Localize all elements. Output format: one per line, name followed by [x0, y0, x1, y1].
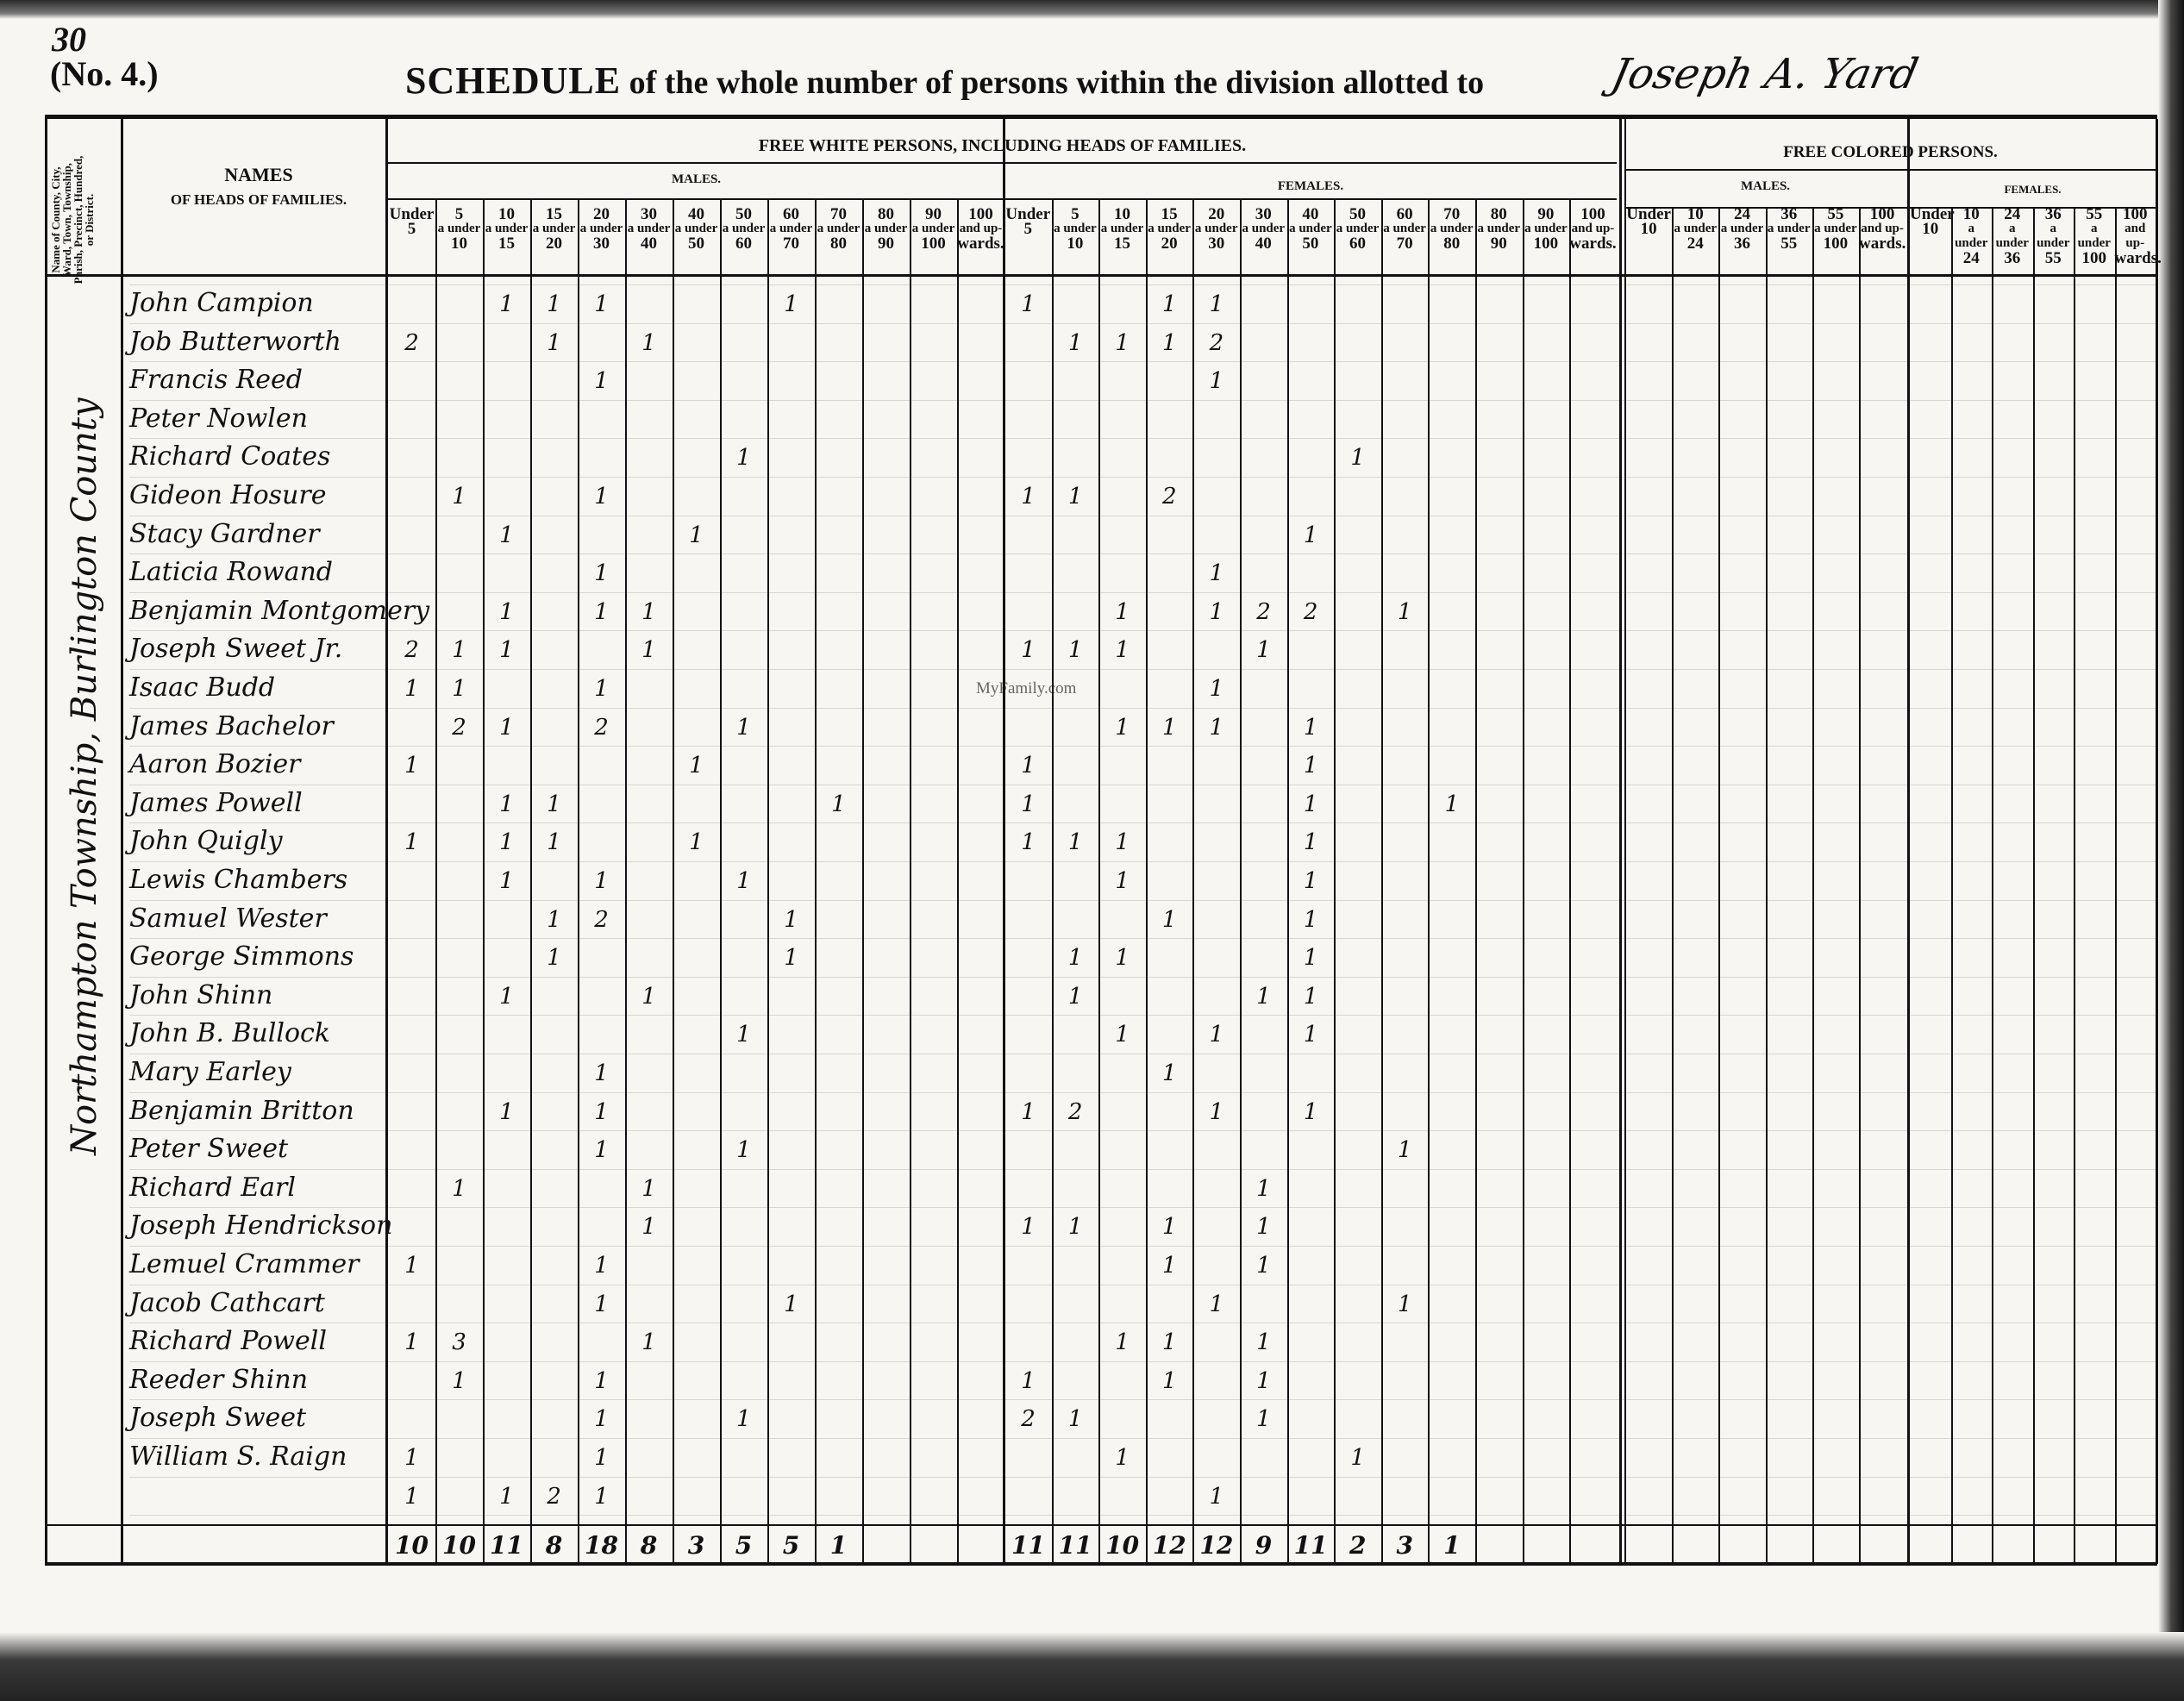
female-total: 11	[1052, 1531, 1099, 1560]
age-column-header-wm-4: 20a under30	[578, 207, 625, 251]
female-tally: 1	[1192, 1099, 1240, 1125]
age-column-header-cm-4: 55a under100	[1812, 207, 1859, 251]
age-column-header-wf-0: Under5	[1004, 207, 1052, 236]
grid-line-h	[129, 977, 2156, 978]
male-tally: 1	[720, 1137, 767, 1163]
male-total: 5	[767, 1531, 815, 1560]
female-tally: 1	[1287, 868, 1335, 894]
female-total: 11	[1287, 1531, 1335, 1560]
male-total: 8	[625, 1531, 673, 1560]
column-divider	[1428, 200, 1430, 1564]
female-tally: 1	[1146, 330, 1193, 356]
age-column-header-wm-0: Under5	[388, 207, 435, 236]
head-of-family-name: Reeder Shinn	[129, 1365, 308, 1395]
male-tally: 1	[388, 1484, 435, 1510]
column-divider	[530, 200, 532, 1564]
female-tally: 1	[1334, 1445, 1381, 1471]
male-tally: 1	[767, 1291, 815, 1317]
grid-line-h	[129, 938, 2156, 939]
grid-line-h	[129, 323, 2156, 324]
grid-line-h	[129, 1361, 2156, 1362]
male-tally: 1	[578, 1253, 625, 1279]
column-divider	[1951, 209, 1953, 1564]
female-total: 12	[1146, 1531, 1193, 1560]
male-tally: 1	[388, 1329, 435, 1355]
male-tally: 1	[625, 637, 673, 663]
male-tally: 1	[578, 868, 625, 894]
grid-line-h	[129, 361, 2156, 362]
male-tally: 1	[435, 484, 483, 510]
free-colored-header: FREE COLORED PERSONS.	[1625, 143, 2156, 162]
head-of-family-name: Lemuel Crammer	[129, 1249, 360, 1279]
female-total: 3	[1381, 1531, 1429, 1560]
female-tally: 1	[1052, 330, 1099, 356]
male-total: 18	[578, 1531, 625, 1560]
female-tally: 1	[1287, 522, 1335, 548]
column-divider	[862, 200, 864, 1564]
column-divider	[1619, 119, 1622, 1564]
age-column-header-wm-1: 5a under10	[435, 207, 483, 251]
column-divider	[1240, 200, 1242, 1564]
grid-line-h	[129, 1169, 2156, 1170]
female-tally: 1	[1287, 715, 1335, 741]
scan-edge-top	[0, 0, 2184, 19]
female-tally: 2	[1240, 599, 1287, 625]
grid-line-h	[129, 592, 2156, 593]
male-tally: 2	[435, 715, 483, 741]
schedule-title: SCHEDULE of the whole number of persons …	[405, 59, 1484, 103]
female-total: 1	[1428, 1531, 1475, 1560]
age-column-header-cf-2: 24a under36	[1992, 207, 2033, 266]
column-divider	[45, 119, 47, 1564]
male-tally: 1	[388, 1253, 435, 1279]
male-tally: 1	[767, 907, 815, 933]
head-of-family-name: Richard Powell	[129, 1326, 327, 1356]
male-tally: 1	[578, 1291, 625, 1317]
male-tally: 1	[578, 1137, 625, 1163]
male-total: 10	[388, 1531, 435, 1560]
grid-line-h	[129, 1130, 2156, 1131]
male-tally: 2	[388, 637, 435, 663]
male-tally: 1	[673, 522, 720, 548]
female-total: 12	[1192, 1531, 1240, 1560]
male-tally: 1	[435, 1176, 483, 1202]
head-of-family-name: Laticia Rowand	[129, 557, 333, 587]
male-tally: 1	[578, 368, 625, 394]
female-tally: 2	[1004, 1406, 1052, 1432]
grid-line-h	[129, 746, 2156, 747]
names-header: NAMES	[129, 164, 388, 186]
female-tally: 1	[1004, 791, 1052, 817]
head-of-family-name: Joseph Sweet Jr.	[129, 634, 342, 664]
female-tally: 1	[1004, 829, 1052, 855]
female-tally: 1	[1287, 753, 1335, 779]
column-divider	[673, 200, 674, 1564]
male-tally: 1	[388, 753, 435, 779]
head-of-family-name: Gideon Hosure	[129, 480, 326, 510]
female-tally: 1	[1004, 1368, 1052, 1394]
female-tally: 1	[1004, 1214, 1052, 1240]
female-tally: 1	[1240, 1253, 1287, 1279]
head-of-family-name: Peter Nowlen	[129, 403, 308, 434]
age-column-header-wm-11: 90a under100	[910, 207, 957, 251]
age-column-header-cm-0: Under10	[1625, 207, 1672, 236]
female-tally: 1	[1381, 1291, 1429, 1317]
male-tally: 1	[483, 522, 530, 548]
head-of-family-name: Benjamin Britton	[129, 1096, 354, 1126]
male-total: 11	[483, 1531, 530, 1560]
female-tally: 1	[1192, 599, 1240, 625]
female-tally: 1	[1240, 1406, 1287, 1432]
colored-subrule	[1625, 169, 2156, 171]
female-tally: 1	[1004, 1099, 1052, 1125]
female-tally: 1	[1052, 1406, 1099, 1432]
scan-edge-right	[2158, 0, 2184, 1701]
female-tally: 1	[1098, 1022, 1146, 1047]
column-divider	[1523, 200, 1524, 1564]
column-divider	[1672, 209, 1674, 1564]
female-total: 10	[1098, 1531, 1146, 1560]
male-tally: 1	[578, 1406, 625, 1432]
grid-line-h	[129, 1054, 2156, 1054]
male-tally: 2	[578, 715, 625, 741]
grid-line-h	[129, 438, 2156, 439]
female-tally: 1	[1098, 599, 1146, 625]
county-entry: Northampton Township, Burlington County	[65, 397, 104, 1155]
female-tally: 1	[1381, 599, 1429, 625]
female-tally: 1	[1004, 291, 1052, 317]
age-column-header-wf-7: 50a under60	[1334, 207, 1381, 251]
male-tally: 1	[673, 753, 720, 779]
female-tally: 1	[1240, 984, 1287, 1010]
header-bottom-rule	[45, 274, 2157, 277]
male-tally: 2	[578, 907, 625, 933]
male-tally: 1	[625, 1329, 673, 1355]
female-tally: 1	[1192, 1484, 1240, 1510]
female-tally: 2	[1287, 599, 1335, 625]
female-total: 9	[1240, 1531, 1287, 1560]
age-column-header-cm-1: 10a under24	[1672, 207, 1718, 251]
male-tally: 1	[767, 945, 815, 971]
age-column-header-wm-12: 100and up-wards.	[957, 207, 1004, 251]
male-tally: 1	[483, 1484, 530, 1510]
female-tally: 1	[1004, 753, 1052, 779]
head-of-family-name: Job Butterworth	[129, 327, 341, 357]
male-tally: 1	[578, 1368, 625, 1394]
age-column-header-wf-6: 40a under50	[1287, 207, 1335, 251]
head-of-family-name: Stacy Gardner	[129, 519, 320, 549]
male-tally: 1	[720, 1022, 767, 1047]
age-column-header-cf-3: 36a under55	[2033, 207, 2074, 266]
free-colored-females-header: FEMALES.	[1910, 183, 2156, 197]
column-divider	[1569, 200, 1571, 1564]
grid-line-h	[129, 1246, 2156, 1247]
age-column-header-wf-8: 60a under70	[1381, 207, 1429, 251]
female-tally: 1	[1004, 637, 1052, 663]
female-tally: 1	[1240, 1176, 1287, 1202]
column-divider	[1052, 200, 1054, 1564]
grid-line-h	[129, 1015, 2156, 1016]
male-tally: 1	[388, 676, 435, 702]
female-total: 11	[1004, 1531, 1052, 1560]
free-white-females-header: FEMALES.	[1004, 179, 1617, 194]
female-tally: 1	[1098, 829, 1146, 855]
male-tally: 1	[625, 1214, 673, 1240]
age-column-header-wm-6: 40a under50	[673, 207, 720, 251]
column-divider	[2156, 119, 2158, 1564]
title-prefix: SCHEDULE	[405, 59, 621, 102]
age-column-header-wm-7: 50a under60	[720, 207, 767, 251]
male-tally: 1	[435, 676, 483, 702]
column-divider	[1624, 119, 1626, 1564]
male-tally: 1	[435, 637, 483, 663]
female-tally: 1	[1098, 945, 1146, 971]
male-tally: 1	[483, 1099, 530, 1125]
female-tally: 1	[1192, 560, 1240, 586]
female-tally: 1	[1052, 984, 1099, 1010]
column-divider	[1907, 119, 1910, 1564]
head-of-family-name: Mary Earley	[129, 1057, 291, 1087]
female-tally: 1	[1146, 1368, 1193, 1394]
age-column-header-cm-3: 36a under55	[1766, 207, 1812, 251]
head-of-family-name: William S. Raign	[129, 1441, 347, 1472]
grid-line-h	[129, 669, 2156, 670]
male-tally: 1	[578, 676, 625, 702]
head-of-family-name: Lewis Chambers	[129, 865, 347, 895]
female-tally: 1	[1098, 637, 1146, 663]
head-of-family-name: George Simmons	[129, 941, 354, 972]
male-tally: 1	[483, 829, 530, 855]
age-column-header-cf-5: 100and up-wards.	[2115, 207, 2156, 266]
scan-edge-bottom	[0, 1632, 2184, 1701]
male-tally: 1	[578, 1484, 625, 1510]
grid-line-h	[129, 516, 2156, 516]
column-divider	[957, 200, 959, 1564]
head-of-family-name: Samuel Wester	[129, 904, 327, 934]
male-tally: 1	[483, 868, 530, 894]
grid-line-h	[129, 861, 2156, 862]
column-divider	[767, 200, 769, 1564]
age-column-header-wm-2: 10a under15	[483, 207, 530, 251]
female-tally: 1	[1240, 637, 1287, 663]
grid-line-h	[129, 477, 2156, 478]
table-top-rule	[45, 115, 2157, 119]
male-tally: 1	[720, 715, 767, 741]
column-divider	[910, 200, 911, 1564]
grid-line-h	[129, 1399, 2156, 1400]
male-tally: 1	[815, 791, 862, 817]
male-tally: 1	[388, 1445, 435, 1471]
female-tally: 1	[1287, 984, 1335, 1010]
census-page: 30 (No. 4.) SCHEDULE of the whole number…	[0, 0, 2184, 1701]
head-of-family-name: John Campion	[129, 288, 314, 318]
female-tally: 1	[1146, 715, 1193, 741]
male-tally: 1	[578, 1099, 625, 1125]
head-of-family-name: Joseph Sweet	[129, 1403, 306, 1433]
grid-line-h	[129, 822, 2156, 823]
column-divider	[121, 119, 123, 1564]
female-tally: 1	[1098, 715, 1146, 741]
female-tally: 1	[1287, 907, 1335, 933]
column-divider	[2115, 209, 2117, 1564]
male-tally: 1	[388, 829, 435, 855]
male-tally: 1	[720, 868, 767, 894]
female-tally: 1	[1052, 484, 1099, 510]
male-tally: 2	[530, 1484, 578, 1510]
head-of-family-name: Joseph Hendrickson	[129, 1210, 392, 1241]
grid-line-h	[129, 1515, 2156, 1516]
head-of-family-name: Peter Sweet	[129, 1134, 288, 1164]
male-tally: 1	[530, 791, 578, 817]
female-tally: 1	[1146, 1329, 1193, 1355]
female-tally: 1	[1287, 1099, 1335, 1125]
column-divider	[815, 200, 817, 1564]
head-of-family-name: John Quigly	[129, 826, 283, 856]
male-tally: 1	[625, 984, 673, 1010]
column-divider	[2033, 209, 2035, 1564]
age-column-header-wf-2: 10a under15	[1098, 207, 1146, 251]
age-column-header-wm-8: 60a under70	[767, 207, 815, 251]
female-tally: 2	[1052, 1099, 1099, 1125]
age-column-header-wm-3: 15a under20	[530, 207, 578, 251]
female-tally: 1	[1098, 330, 1146, 356]
female-tally: 1	[1098, 1445, 1146, 1471]
male-total: 5	[720, 1531, 767, 1560]
male-tally: 1	[720, 1406, 767, 1432]
age-column-header-wf-4: 20a under30	[1192, 207, 1240, 251]
male-total: 1	[815, 1531, 862, 1560]
grid-line-h	[129, 900, 2156, 901]
grid-line-h	[129, 1092, 2156, 1093]
female-tally: 2	[1192, 330, 1240, 356]
female-tally: 1	[1052, 829, 1099, 855]
female-tally: 1	[1428, 791, 1475, 817]
male-tally: 1	[530, 829, 578, 855]
male-tally: 1	[673, 829, 720, 855]
enumerator-name: Joseph A. Yard	[1607, 50, 1922, 98]
male-tally: 1	[625, 599, 673, 625]
county-column-header: Name of County, City, Ward, Town, Townsh…	[50, 155, 95, 285]
age-column-header-cm-5: 100and up-wards.	[1859, 207, 1906, 251]
female-tally: 1	[1004, 484, 1052, 510]
male-tally: 1	[720, 445, 767, 471]
female-tally: 1	[1287, 945, 1335, 971]
female-tally: 1	[1146, 1253, 1193, 1279]
female-tally: 1	[1192, 1022, 1240, 1047]
head-of-family-name: John Shinn	[129, 980, 272, 1010]
male-tally: 1	[530, 907, 578, 933]
table-bottom-rule	[45, 1562, 2157, 1566]
female-tally: 1	[1192, 1291, 1240, 1317]
grid-line-h	[129, 1323, 2156, 1323]
age-column-header-wm-10: 80a under90	[862, 207, 910, 251]
female-tally: 1	[1146, 291, 1193, 317]
column-divider	[1381, 200, 1383, 1564]
female-tally: 1	[1146, 1214, 1193, 1240]
male-tally: 3	[435, 1329, 483, 1355]
grid-line-h	[129, 400, 2156, 401]
title-rest: of the whole number of persons within th…	[629, 65, 1485, 101]
male-tally: 1	[578, 599, 625, 625]
grid-line-h	[129, 1207, 2156, 1208]
male-tally: 1	[530, 330, 578, 356]
head-of-family-name: James Bachelor	[129, 711, 334, 741]
male-tally: 1	[578, 1445, 625, 1471]
free-white-males-header: MALES.	[388, 172, 1004, 187]
head-of-family-name: Richard Earl	[129, 1173, 296, 1203]
age-column-header-wf-10: 80a under90	[1475, 207, 1523, 251]
column-divider	[1859, 209, 1861, 1564]
grid-line-h	[129, 285, 2156, 285]
male-tally: 1	[578, 484, 625, 510]
female-tally: 1	[1052, 945, 1099, 971]
male-tally: 1	[530, 291, 578, 317]
female-tally: 1	[1334, 445, 1381, 471]
names-subheader: OF HEADS OF FAMILIES.	[129, 191, 388, 209]
male-tally: 1	[578, 1060, 625, 1086]
male-tally: 1	[483, 715, 530, 741]
head-of-family-name: John B. Bullock	[129, 1018, 330, 1048]
head-of-family-name: James Powell	[129, 788, 303, 818]
head-of-family-name: Isaac Budd	[129, 672, 275, 703]
column-divider	[1192, 200, 1194, 1564]
column-divider	[1992, 209, 1993, 1564]
age-column-header-cf-0: Under10	[1910, 207, 1951, 236]
head-of-family-name: Richard Coates	[129, 441, 330, 472]
column-divider	[2074, 209, 2075, 1564]
female-tally: 2	[1146, 484, 1193, 510]
male-tally: 1	[625, 1176, 673, 1202]
age-column-header-cm-2: 24a under36	[1718, 207, 1765, 251]
column-divider	[1718, 209, 1720, 1564]
head-of-family-name: Aaron Bozier	[129, 749, 300, 779]
male-tally: 1	[483, 291, 530, 317]
female-tally: 1	[1052, 637, 1099, 663]
male-tally: 1	[530, 945, 578, 971]
head-of-family-name: Francis Reed	[129, 365, 303, 395]
female-tally: 1	[1192, 676, 1240, 702]
grid-line-h	[129, 785, 2156, 785]
head-of-family-name: Jacob Cathcart	[129, 1288, 325, 1318]
male-tally: 1	[625, 330, 673, 356]
female-total: 2	[1334, 1531, 1381, 1560]
watermark: MyFamily.com	[976, 679, 1076, 698]
female-tally: 1	[1240, 1368, 1287, 1394]
female-tally: 1	[1192, 368, 1240, 394]
age-column-header-wf-9: 70a under80	[1428, 207, 1475, 251]
female-tally: 1	[1287, 829, 1335, 855]
grid-line-h	[129, 630, 2156, 631]
male-total: 3	[673, 1531, 720, 1560]
age-column-header-cf-4: 55a under100	[2074, 207, 2115, 266]
age-column-header-wf-5: 30a under40	[1240, 207, 1287, 251]
age-column-header-wf-3: 15a under20	[1146, 207, 1193, 251]
age-column-header-wm-9: 70a under80	[815, 207, 862, 251]
female-tally: 1	[1192, 291, 1240, 317]
female-tally: 1	[1287, 791, 1335, 817]
male-tally: 1	[578, 560, 625, 586]
male-total: 8	[530, 1531, 578, 1560]
female-tally: 1	[1098, 1329, 1146, 1355]
male-tally: 1	[483, 791, 530, 817]
head-of-family-name: Benjamin Montgomery	[129, 596, 429, 626]
column-divider	[1475, 200, 1477, 1564]
male-tally: 1	[483, 599, 530, 625]
grid-line-h	[129, 1285, 2156, 1285]
female-tally: 1	[1240, 1214, 1287, 1240]
male-tally: 1	[483, 637, 530, 663]
female-tally: 1	[1052, 1214, 1099, 1240]
